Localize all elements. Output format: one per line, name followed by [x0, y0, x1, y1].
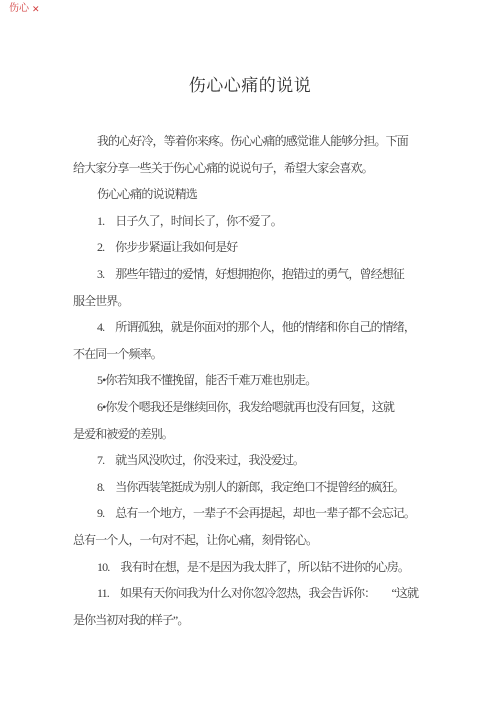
section-subtitle: 伤心心痛的说说精选 [73, 181, 445, 208]
list-item: 5•你若知我不懂挽留，能否千难万难也别走。 [73, 367, 445, 394]
list-item: 1. 日子久了，时间长了，你不爱了。 [73, 208, 445, 235]
page-title: 伤心心痛的说说 [0, 75, 500, 97]
document-body: 我的心好冷，等着你来疼。伤心心痛的感觉谁人能够分担。下面 给大家分享一些关于伤心… [73, 128, 445, 633]
list-item-continuation: 服全世界。 [73, 288, 445, 315]
document-page: 伤心 ✕ 伤心心痛的说说 我的心好冷，等着你来疼。伤心心痛的感觉谁人能够分担。下… [0, 0, 500, 708]
close-icon[interactable]: ✕ [32, 3, 40, 15]
list-item: 4. 所谓孤独，就是你面对的那个人，他的情绪和你自己的情绪， [73, 314, 445, 341]
list-item: 10. 我有时在想，是不是因为我太胖了，所以钻不进你的心房。 [73, 554, 445, 581]
list-item-continuation: 是爱和被爱的差别。 [73, 421, 445, 448]
list-item-continuation: 不在同一个频率。 [73, 341, 445, 368]
list-item: 8. 当你西装笔挺成为别人的新郎，我定绝口不提曾经的疯狂。 [73, 474, 445, 501]
paragraph-line: 我的心好冷，等着你来疼。伤心心痛的感觉谁人能够分担。下面 [73, 128, 445, 155]
list-item: 9. 总有一个地方，一辈子不会再提起，却也一辈子都不会忘记。 [73, 500, 445, 527]
list-item-continuation: 总有一个人，一句对不起，让你心痛，刻骨铭心。 [73, 527, 445, 554]
list-item: 11. 如果有天你问我为什么对你忽冷忽热，我会告诉你： “这就 [73, 580, 445, 607]
list-item-continuation: 是你当初对我的样子”。 [73, 607, 445, 634]
list-item: 3. 那些年错过的爱情，好想拥抱你，抱错过的勇气，曾经想征 [73, 261, 445, 288]
corner-stamp: 伤心 ✕ [9, 3, 40, 15]
paragraph-line: 给大家分享一些关于伤心心痛的说说句子，希望大家会喜欢。 [73, 155, 445, 182]
list-item: 2. 你步步紧逼让我如何是好 [73, 234, 445, 261]
list-item: 6•你发个嗯我还是继续回你，我发给嗯就再也没有回复，这就 [73, 394, 445, 421]
list-item: 7. 就当风没吹过，你没来过，我没爱过。 [73, 447, 445, 474]
stamp-text: 伤心 [9, 3, 29, 15]
